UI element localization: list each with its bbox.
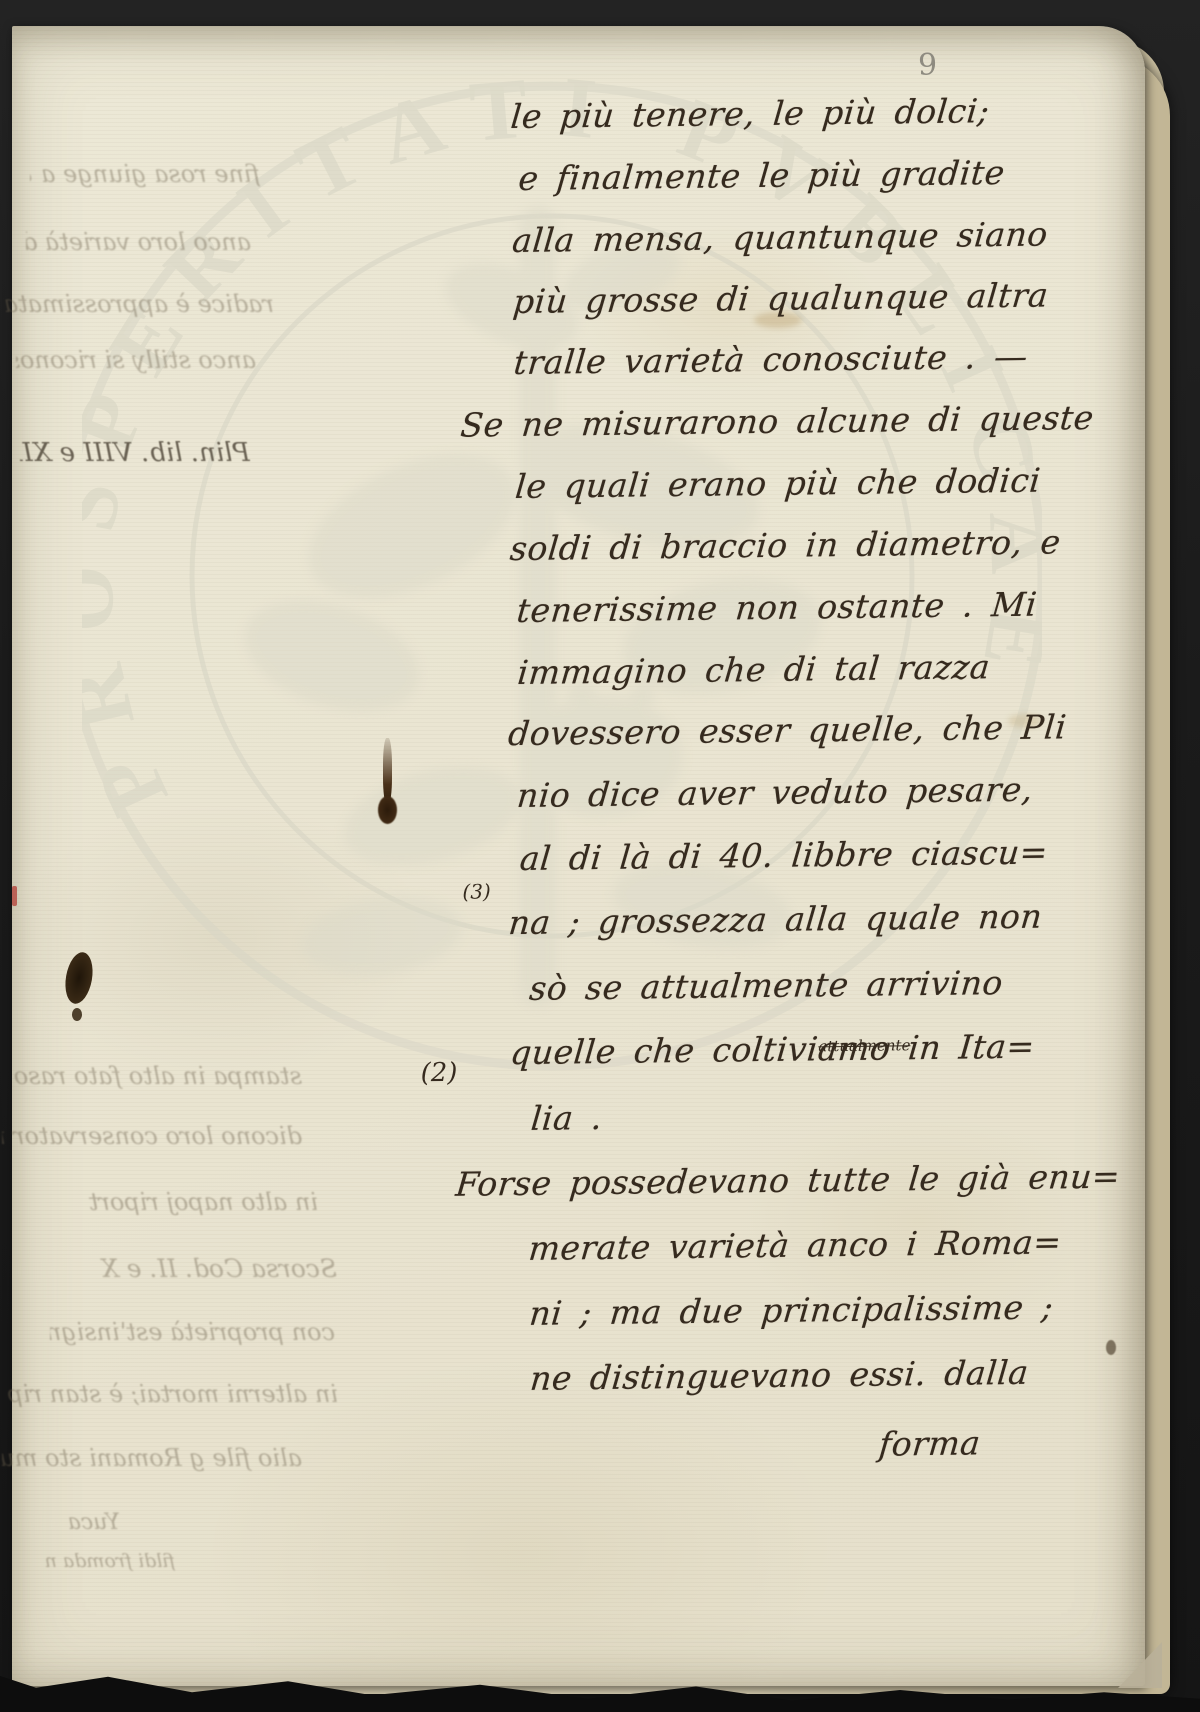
manuscript-line: immagino che di tal razza: [516, 647, 992, 692]
manuscript-line: le più tenere, le più dolci;: [509, 91, 991, 136]
manuscript-line: più grosse di qualunque altra: [511, 275, 1050, 321]
manuscript-line: sò se attualmente arrivino: [528, 963, 1005, 1008]
manuscript-line: lia .: [529, 1098, 604, 1138]
manuscript-line: alla mensa, quantunque siano: [511, 214, 1050, 260]
manuscript-line: ni ; ma due principalissime ;: [528, 1287, 1055, 1332]
manuscript-line: dovessero esser quelle, che Pli: [507, 707, 1069, 753]
manuscript-line: ne distinguevano essi. dalla: [529, 1353, 1031, 1398]
handwriting-layer: (3) (2) attualmente le più tenere, le pi…: [0, 0, 1200, 1712]
manuscript-line: na ; grossezza alla quale non: [507, 897, 1044, 943]
manuscript-line: nio dice aver veduto pesare,: [515, 770, 1034, 815]
manuscript-line: Forse possedevano tutte le già enu=: [454, 1157, 1122, 1204]
manuscript-line: e finalmente le più gradite: [517, 153, 1007, 198]
manuscript-line: le quali erano più che dodici: [514, 461, 1043, 506]
manuscript-line: soldi di braccio in diametro, e: [508, 522, 1062, 568]
manuscript-line: merate varietà anco i Roma=: [527, 1222, 1063, 1268]
manuscript-line: Se ne misurarono alcune di queste: [459, 398, 1096, 445]
manuscript-line: tralle varietà conosciute . —: [512, 337, 1029, 382]
superscript-note-3: (3): [462, 879, 491, 903]
manuscript-line: tenerissime non ostante . Mi: [515, 585, 1039, 630]
photographed-manuscript: PROSPERITATI PVBLICAE fine rosa gi: [0, 0, 1200, 1712]
manuscript-line: quelle che coltiviamo in Ita=: [509, 1027, 1037, 1072]
manuscript-line: forma: [877, 1423, 982, 1463]
folded-corner: [1118, 1642, 1162, 1688]
margin-note-2: (2): [420, 1058, 457, 1088]
manuscript-line: al di là di 40. libbre ciascu=: [518, 833, 1050, 878]
